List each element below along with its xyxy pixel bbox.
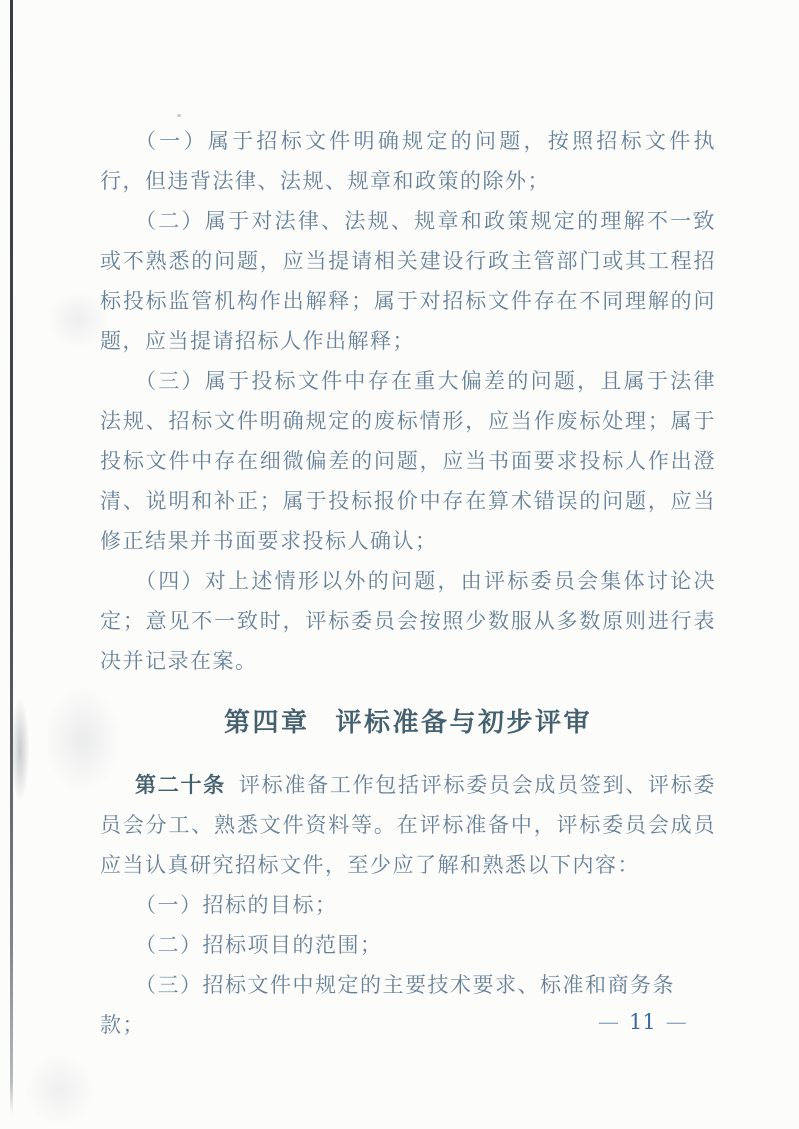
- article-paragraph: 第二十条评标准备工作包括评标委员会成员签到、评标委员会分工、熟悉文件资料等。在评…: [100, 765, 716, 885]
- page-number-dash-left: —: [598, 1010, 619, 1034]
- chapter-title: 评标准备与初步评审: [336, 708, 593, 738]
- document-content: （一）属于招标文件明确规定的问题，按照招标文件执行，但违背法律、法规、规章和政策…: [100, 121, 716, 1045]
- document-page: （一）属于招标文件明确规定的问题，按照招标文件执行，但违背法律、法规、规章和政策…: [0, 0, 799, 1129]
- scan-speck: [177, 114, 181, 117]
- scan-smudge: [11, 700, 29, 800]
- article-number: 第二十条: [135, 773, 226, 797]
- list-item-1: （一）招标的目标；: [100, 885, 716, 925]
- scan-smudge: [24, 1052, 96, 1128]
- clause-paragraph-2: （二）属于对法律、法规、规章和政策规定的理解不一致或不熟悉的问题，应当提请相关建…: [100, 201, 716, 361]
- clause-paragraph-3: （三）属于投标文件中存在重大偏差的问题，且属于法律法规、招标文件明确规定的废标情…: [100, 361, 716, 561]
- chapter-heading: 第四章评标准备与初步评审: [100, 707, 716, 739]
- page-number-value: 11: [629, 1010, 656, 1034]
- page-number: —11—: [598, 1008, 687, 1036]
- clause-paragraph-1: （一）属于招标文件明确规定的问题，按照招标文件执行，但违背法律、法规、规章和政策…: [100, 121, 716, 201]
- page-number-dash-right: —: [666, 1010, 687, 1034]
- list-item-2: （二）招标项目的范围；: [100, 925, 716, 965]
- clause-paragraph-4: （四）对上述情形以外的问题，由评标委员会集体讨论决定；意见不一致时，评标委员会按…: [100, 561, 716, 681]
- scan-edge-line: [10, 0, 13, 1114]
- chapter-number: 第四章: [224, 708, 310, 738]
